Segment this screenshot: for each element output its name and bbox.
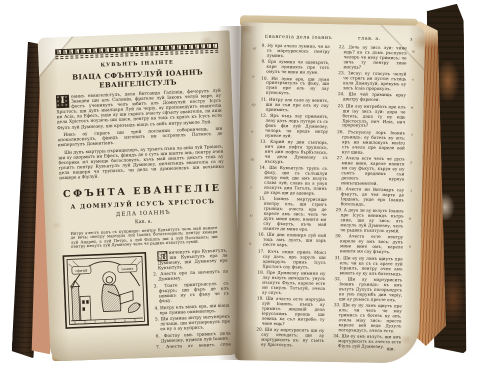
verse-paragraph: 24. Ши чей тримишь ерау динтру фарисеи. [338,92,406,103]
margin-note: мр [409,106,415,110]
woodcut-banner-right: іоаннъ [121,267,134,272]
verse-paragraph: 10. Ин луме ера, ши лумя принтрънсулъ съ… [261,76,329,97]
woodcut-banner-left: сфнтій [75,268,88,273]
verse-text: а инчепутъ ера Кувънтулъ, ши Кувънтулъ е… [158,248,228,271]
chapter-verse-column: Ла инчепутъ ера Кувънтулъ, ши Кувънтулъ … [152,248,231,352]
margin-note: з· [407,189,415,193]
verse-paragraph: 30. Ачеста есте пентру кареле еу амъ зис… [335,235,403,256]
verse-paragraph: 18. Пре Думнезеу ниминя ну лау възутъ ни… [257,271,325,297]
verse-paragraph: 19. Ши ачаста есте мартуріа луй Іоаннъ, … [256,297,325,328]
margin-note: е· [409,78,415,82]
verse-paragraph: 14. Ши Кувънтулъ трупъ съ фъку, ши съ съ… [259,166,328,197]
margin-note: мт [250,47,259,51]
margin-note: и· [406,245,415,249]
left-page-content: КУВЪНТЪ ІНАІНТЕ ВІАЦА СФЪНТУЛУЙ ІОАННЪ Е… [54,43,231,352]
photo-of-open-antique-book: КУВЪНТЪ ІНАІНТЕ ВІАЦА СФЪНТУЛУЙ ІОАННЪ Е… [0,0,483,374]
verse-paragraph: 16. Ши дин плиниря луй ной тоць амъ луат… [258,233,326,249]
verse-paragraph: 29. А доуа зи ау възутъ Іоаннъ пре Ісусъ… [335,208,403,234]
verse-paragraph: 27. Ачела есте челъ че дупъ мине вине, к… [336,156,405,187]
margin-note: мт [406,217,414,221]
margin-note: ѕ· [408,134,415,138]
verse-paragraph: 3. Тоате принтрънсулъ съ фъкуръ; ши фъръ… [154,282,230,305]
ornamental-drop-cap: І [56,95,70,109]
verse-paragraph: 13. Карий ну дин сънгюрь, нич дин пофта … [260,140,328,166]
margin-note: мт [410,51,415,55]
running-header-chapter: глав. а. [334,36,405,42]
verse-paragraph: 8. Ну ера ачела лумина, чи ка съ мартури… [262,44,330,60]
verse-paragraph: 20. Ши ау мартуриситъ ши ну сау лепъдатъ… [256,328,324,349]
margin-note: лк [248,159,257,163]
preface-paragraph: Ши дупъ мартуріа пъринцилоръ, ау тръитъ … [58,145,224,182]
verse-paragraph: 23. Зисау: еу гласулъ челуй че стригъ ин… [338,71,406,92]
margin-note: д· [247,242,255,246]
right-page: Евангеліа дела Іоаннъ глав. а. з мта·мрв… [235,22,425,363]
preface-paragraph: Іоаннъ евангелістулъ, дела Витсаида Галі… [56,89,222,131]
paragraph-text: оаннъ евангелістулъ, дела Витсаида Галіл… [57,89,222,131]
verse-paragraph: 26. Ръспунсау лоръ Іоаннъ гръиндъ: еу бо… [337,130,405,156]
verse-paragraph: 15. Іоаннъ мартурисяще пентру елъ, ши ст… [258,197,327,233]
headband-ornament [55,43,218,60]
verse-paragraph: 31. Ши еу ну ламъ щиутъ пре елъ; чи ка с… [334,256,402,277]
verse-paragraph: Ла инчепутъ ера Кувънтулъ, ши Кувънтулъ … [152,248,228,271]
margin-note: мр [249,103,258,107]
text-column-2: 22. Дечь ау зисъ луй: чине ещь? ка съ дъ… [333,45,407,350]
verse-paragraph: 32. Ши ау мартуриситъ Іоаннъ гръиндъ: къ… [334,277,402,303]
margin-note: а· [249,75,258,79]
verse-paragraph: 22. Дечь ау зисъ луй: чине ещь? ка съ дъ… [338,45,406,71]
verse-list: 2. Ачеста ера ла инчепутъ ла Думнезеу.3.… [153,270,231,352]
evangelist-woodcut-illustration: сфнтій іоаннъ [62,252,149,329]
margin-note: в· [248,131,257,135]
two-column-text-block: мта·мрв·лкг·іод· 8. Ну ера ачела лумина,… [247,43,415,350]
left-page-title: ВІАЦА СФЪНТУЛУЙ ІОАННЪ ЕВАНГЕЛІСТУЛЪ [55,67,221,92]
chapter-argument: Интру ачестъ капъ съ куприндe: пентру Ку… [70,225,218,249]
verse-paragraph: 5. Ши лумина интру интунерекъ лучаще, ши… [155,315,231,333]
verse-paragraph: 7. Ачеста ау венитъ спре мартуріе, ка съ… [156,343,231,352]
margin-note: г· [247,186,256,190]
verse-paragraph: 9. Ера лумина чя адевъратъ, каре луминяз… [261,60,329,76]
left-page: КУВЪНТЪ ІНАІНТЕ ВІАЦА СФЪНТУЛУЙ ІОАННЪ Е… [38,30,243,361]
verse-paragraph: 25. Ши лау интребатъ пре елъ ши іау зисъ… [337,104,405,130]
margin-note: іо [247,214,256,218]
margin-note: лк [408,162,415,166]
running-header-title: Евангеліа дела Іоаннъ [263,35,334,41]
running-header: Евангеліа дела Іоаннъ глав. а. з [263,35,405,43]
right-page-content: Евангеліа дела Іоаннъ глав. а. з мта·мрв… [247,34,415,355]
verse-paragraph: 12. Яръ къць лау приимитъ, леау датъ лор… [260,114,328,140]
text-column-1: 8. Ну ера ачела лумина, чи ка съ мартури… [256,44,330,349]
verse-paragraph: 28. Ачестя ин Витаваръ сау фъкутъ, де че… [336,187,404,208]
verse-paragraph: 33. Ши еу ну ламъ щиутъ пре елъ; чи челъ… [333,303,402,334]
verse-paragraph: 17. Къчь лежя принъ Моісі сау датъ, яръ … [258,249,326,270]
page-number: з [410,38,413,43]
verse-paragraph: 11. Интру але сале ау венитъ, ши аи съи … [261,97,329,113]
chapter-opening-block: сфнтій іоаннъ [62,248,231,352]
catchword-right: ши. [387,347,396,352]
